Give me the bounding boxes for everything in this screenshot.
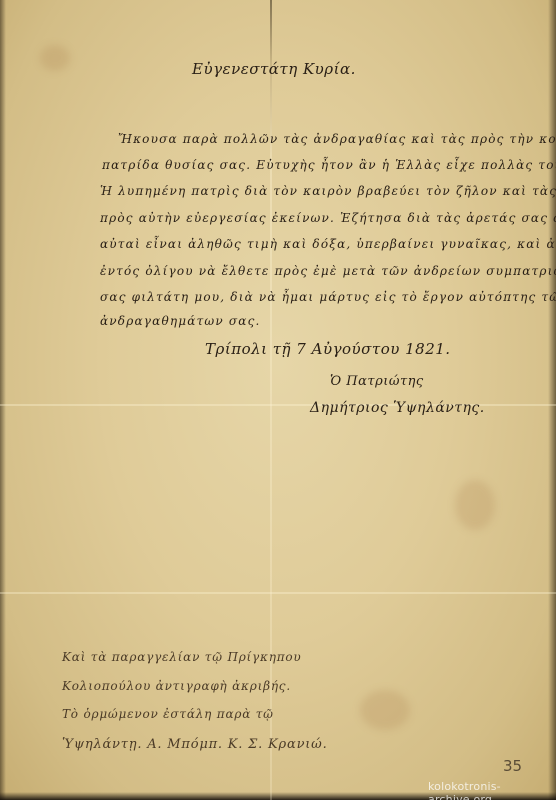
annotation-line: Ὑψηλάντῃ. Α. Μπόμπ. Κ. Σ. Κρανιώ. — [62, 737, 328, 752]
page-edge-shadow-left — [0, 0, 6, 800]
body-line: αὐταὶ εἶναι ἀληθῶς τιμὴ καὶ δόξα, ὑπερβα… — [100, 237, 556, 251]
page-edge-shadow-right — [548, 0, 556, 800]
body-line: Ἡ λυπημένη πατρὶς διὰ τὸν καιρὸν βραβεύε… — [100, 184, 556, 198]
annotation-line: Καὶ τὰ παραγγελίαν τῷ Πρίγκηπου — [62, 650, 302, 664]
body-line: πρὸς αὐτὴν εὐεργεσίας ἐκείνων. Ἐζήτησα δ… — [100, 211, 556, 225]
letter-signature: Δημήτριος Ὑψηλάντης. — [310, 400, 485, 416]
paper-stain — [360, 690, 410, 730]
annotation-line: Κολιοπούλου ἀντιγραφὴ ἀκριβής. — [62, 679, 291, 693]
body-line: Ἤκουσα παρὰ πολλῶν τὰς ἀνδραγαθίας καὶ τ… — [118, 132, 556, 146]
archive-page-number: 35 — [503, 757, 522, 775]
paper-stain — [455, 480, 495, 530]
manuscript-page: Εὐγενεστάτη Κυρία. Ἤκουσα παρὰ πολλῶν τὰ… — [0, 0, 556, 800]
paper-stain — [40, 45, 70, 71]
letter-closing: Ὁ Πατριώτης — [330, 374, 424, 389]
body-line: πατρίδα θυσίας σας. Εὐτυχὴς ἦτον ἂν ἡ Ἑλ… — [102, 158, 556, 172]
body-line: ἐντός ὀλίγου νὰ ἔλθετε πρὸς ἐμὲ μετὰ τῶν… — [100, 264, 556, 278]
archive-watermark: kolokotronis-archive.org — [428, 780, 556, 800]
letter-date: Τρίπολι τῇ 7 Αὐγούστου 1821. — [205, 340, 451, 358]
letter-salutation: Εὐγενεστάτη Κυρία. — [192, 60, 356, 78]
body-line: σας φιλτάτη μου, διὰ νὰ ἦμαι μάρτυς εἰς … — [100, 290, 556, 304]
horizontal-fold-line — [0, 592, 556, 594]
annotation-line: Τὸ ὁρμώμενον ἐστάλη παρὰ τῷ — [62, 707, 274, 721]
body-line: ἀνδραγαθημάτων σας. — [100, 314, 261, 328]
